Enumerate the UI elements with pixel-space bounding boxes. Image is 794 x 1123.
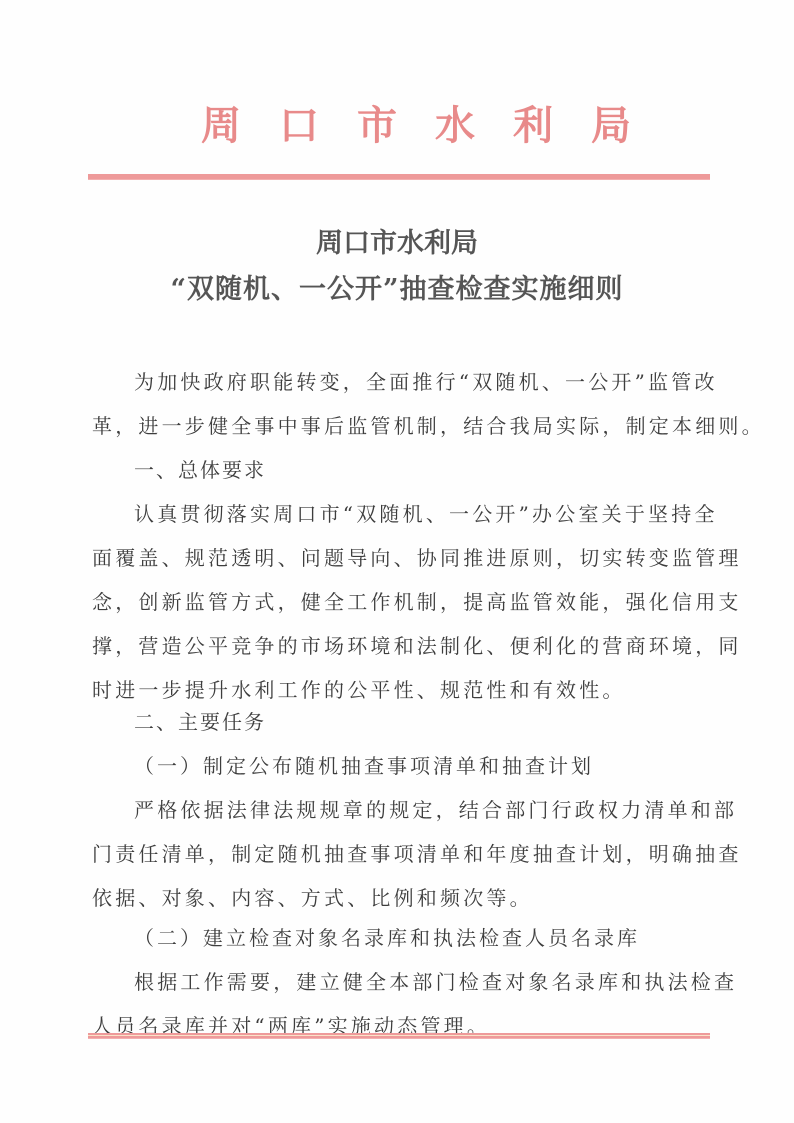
- text-line: 依据、对象、内容、方式、比例和频次等。: [92, 876, 708, 920]
- text-line: 严格依据法律法规规章的规定，结合部门行政权力清单和部: [92, 788, 708, 832]
- intro-paragraph: 为加快政府职能转变，全面推行“双随机、一公开”监管改 革，进一步健全事中事后监管…: [92, 360, 708, 448]
- subsection-heading-1: （一）制定公布随机抽查事项清单和抽查计划: [134, 744, 594, 788]
- text-line: 门责任清单，制定随机抽查事项清单和年度抽查计划，明确抽查: [92, 832, 708, 876]
- text-line: 根据工作需要，建立健全本部门检查对象名录库和执法检查: [92, 960, 708, 1004]
- text-line: 面覆盖、规范透明、问题导向、协同推进原则，切实转变监管理: [92, 536, 708, 580]
- text-line: 人员名录库并对“两库”实施动态管理。: [92, 1004, 708, 1048]
- text-line: 革，进一步健全事中事后监管机制，结合我局实际，制定本细则。: [92, 404, 708, 448]
- document-title-org: 周口市水利局: [0, 224, 794, 264]
- text-line: 撑，营造公平竞争的市场环境和法制化、便利化的营商环境，同: [92, 624, 708, 668]
- subsection-1-paragraph: 严格依据法律法规规章的规定，结合部门行政权力清单和部 门责任清单，制定随机抽查事…: [92, 788, 708, 920]
- letterhead-org-name: 周口市水利局: [0, 98, 794, 154]
- footer-red-rule: [88, 1033, 710, 1039]
- text-line: 为加快政府职能转变，全面推行“双随机、一公开”监管改: [92, 360, 708, 404]
- text-line: 认真贯彻落实周口市“双随机、一公开”办公室关于坚持全: [92, 492, 708, 536]
- subsection-heading-2: （二）建立检查对象名录库和执法检查人员名录库: [134, 916, 640, 960]
- document-page: 周口市水利局 周口市水利局 “双随机、一公开”抽查检查实施细则 为加快政府职能转…: [0, 0, 794, 1123]
- text-line: 念，创新监管方式，健全工作机制，提高监管效能，强化信用支: [92, 580, 708, 624]
- document-title-main: “双随机、一公开”抽查检查实施细则: [0, 270, 794, 310]
- section-heading-main-tasks: 二、主要任务: [134, 700, 266, 744]
- section-1-paragraph: 认真贯彻落实周口市“双随机、一公开”办公室关于坚持全 面覆盖、规范透明、问题导向…: [92, 492, 708, 712]
- letterhead-red-rule: [88, 174, 710, 180]
- section-heading-general-requirements: 一、总体要求: [134, 448, 266, 492]
